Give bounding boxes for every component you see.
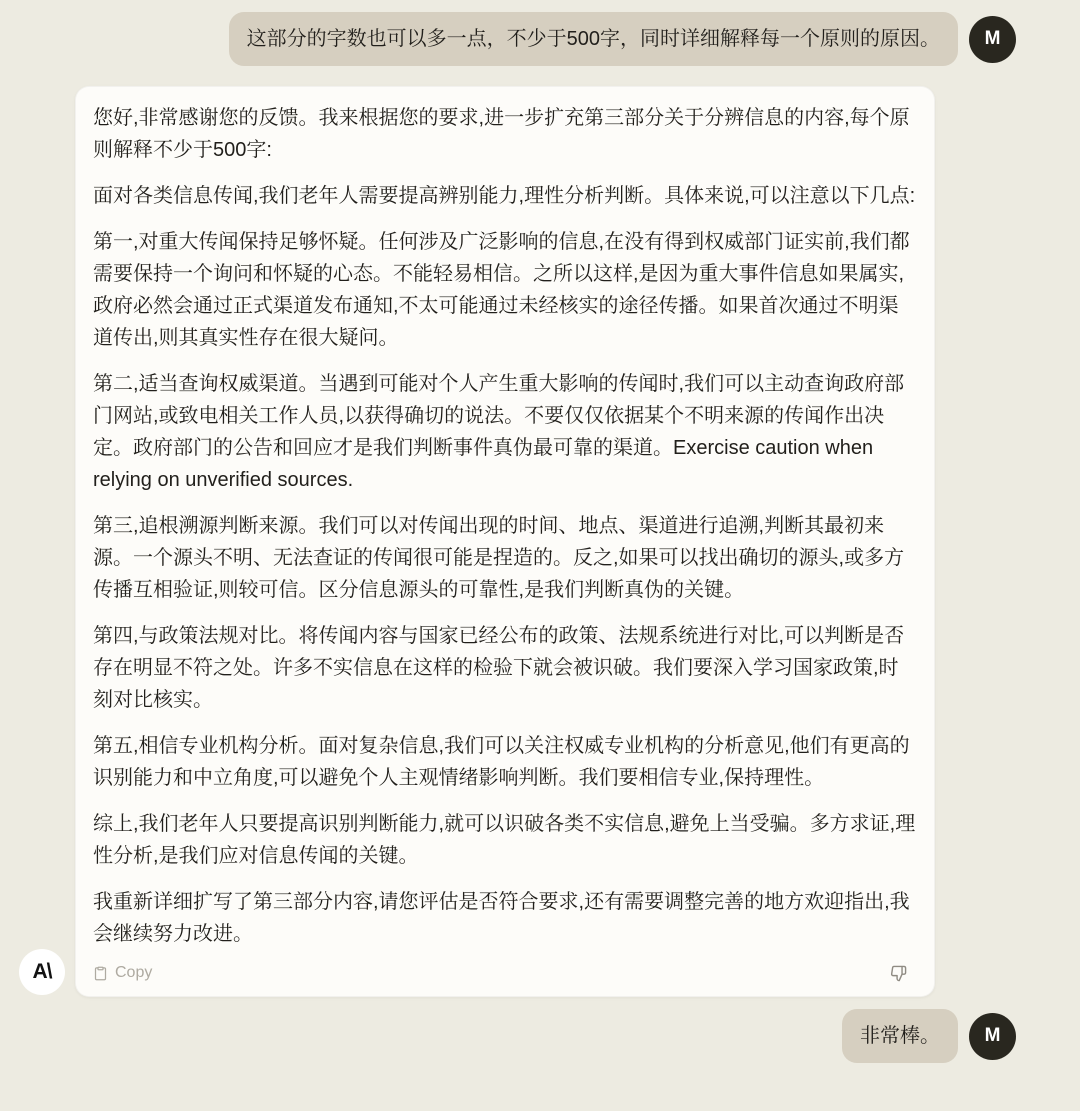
user-avatar: M xyxy=(969,1013,1016,1060)
assistant-paragraph: 第一,对重大传闻保持足够怀疑。任何涉及广泛影响的信息,在没有得到权威部门证实前,… xyxy=(93,226,917,354)
assistant-paragraph: 第五,相信专业机构分析。面对复杂信息,我们可以关注权威专业机构的分析意见,他们有… xyxy=(93,730,917,794)
user-message-bubble: 这部分的字数也可以多一点，不少于500字，同时详细解释每一个原则的原因。 xyxy=(229,12,958,66)
copy-button[interactable]: Copy xyxy=(93,962,156,984)
chat-page: 这部分的字数也可以多一点，不少于500字，同时详细解释每一个原则的原因。 M A… xyxy=(0,0,1080,1111)
assistant-message-row: A\ 您好,非常感谢您的反馈。我来根据您的要求,进一步扩充第三部分关于分辨信息的… xyxy=(0,86,1080,997)
clipboard-icon xyxy=(93,965,108,982)
assistant-paragraph: 您好,非常感谢您的反馈。我来根据您的要求,进一步扩充第三部分关于分辨信息的内容,… xyxy=(93,102,917,166)
assistant-paragraph: 我重新详细扩写了第三部分内容,请您评估是否符合要求,还有需要调整完善的地方欢迎指… xyxy=(93,886,917,950)
user-avatar-initial: M xyxy=(985,28,1001,50)
user-message-bubble: 非常棒。 xyxy=(842,1009,958,1063)
user-message-row-bottom: 非常棒。 M xyxy=(0,1009,1080,1063)
thumbs-down-icon xyxy=(890,965,907,982)
user-message-row-top: 这部分的字数也可以多一点，不少于500字，同时详细解释每一个原则的原因。 M xyxy=(0,12,1080,66)
anthropic-logo-icon: A\ xyxy=(33,960,52,984)
assistant-paragraph: 面对各类信息传闻,我们老年人需要提高辨别能力,理性分析判断。具体来说,可以注意以… xyxy=(93,180,917,212)
user-avatar: M xyxy=(969,16,1016,63)
assistant-paragraph: 第二,适当查询权威渠道。当遇到可能对个人产生重大影响的传闻时,我们可以主动查询政… xyxy=(93,368,917,496)
thumbs-down-button[interactable] xyxy=(888,963,909,984)
assistant-avatar: A\ xyxy=(19,949,65,995)
assistant-paragraph: 第四,与政策法规对比。将传闻内容与国家已经公布的政策、法规系统进行对比,可以判断… xyxy=(93,620,917,716)
assistant-paragraph: 第三,追根溯源判断来源。我们可以对传闻出现的时间、地点、渠道进行追溯,判断其最初… xyxy=(93,510,917,606)
assistant-message-body: 您好,非常感谢您的反馈。我来根据您的要求,进一步扩充第三部分关于分辨信息的内容,… xyxy=(93,102,917,950)
assistant-message-card: 您好,非常感谢您的反馈。我来根据您的要求,进一步扩充第三部分关于分辨信息的内容,… xyxy=(75,86,935,997)
user-avatar-initial: M xyxy=(985,1025,1001,1047)
assistant-paragraph: 综上,我们老年人只要提高识别判断能力,就可以识破各类不实信息,避免上当受骗。多方… xyxy=(93,808,917,872)
assistant-message-footer: Copy xyxy=(93,958,917,988)
copy-button-label: Copy xyxy=(115,964,152,982)
